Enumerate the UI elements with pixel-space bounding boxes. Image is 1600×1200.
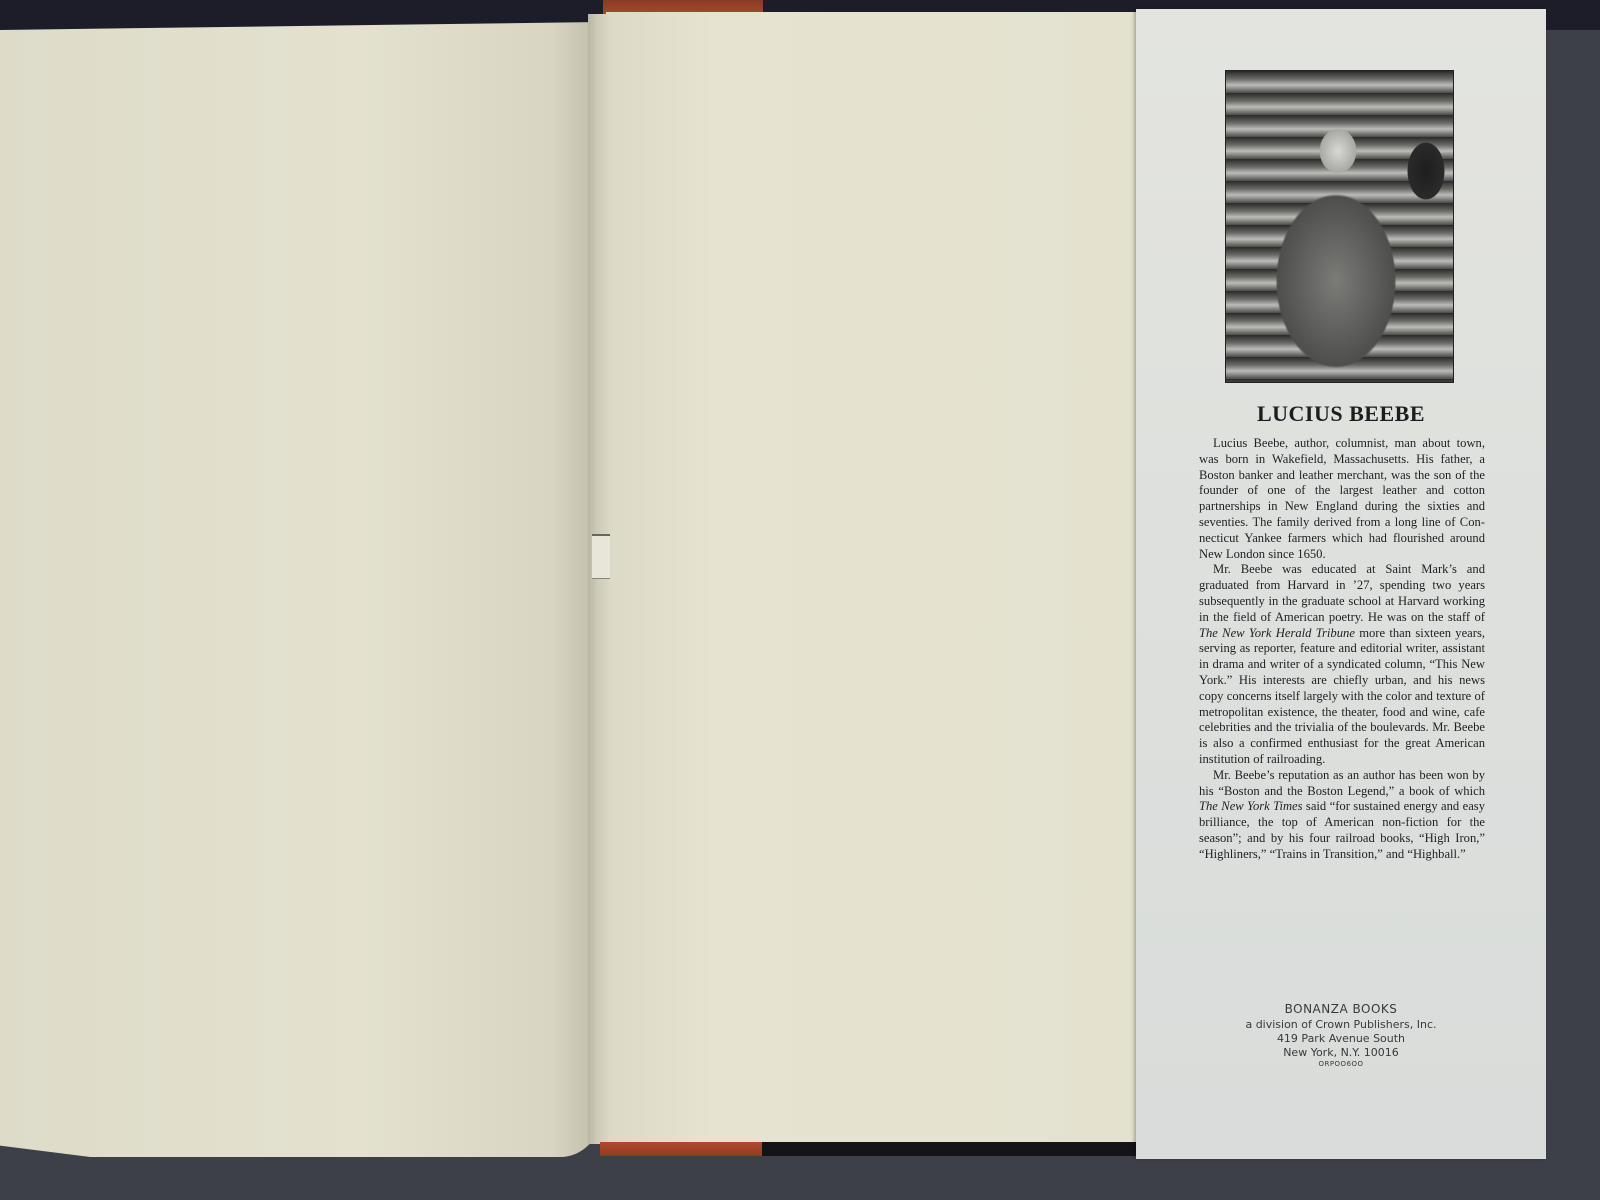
bio-text: more than sixteen years, serving as repo… <box>1199 626 1485 766</box>
author-photo <box>1225 70 1454 383</box>
bio-paragraph: Lucius Beebe, author, columnist, man abo… <box>1199 436 1485 562</box>
author-biography: Lucius Beebe, author, columnist, man abo… <box>1199 436 1485 863</box>
bio-paragraph: Mr. Beebe was educated at Saint Mark’s a… <box>1199 562 1485 767</box>
publisher-name: BONANZA BOOKS <box>1136 1001 1546 1018</box>
bio-paragraph: Mr. Beebe’s reputation as an author has … <box>1199 768 1485 863</box>
bio-text: Mr. Beebe was educated at Saint Mark’s a… <box>1199 562 1485 623</box>
bio-italic-title: The New York Times <box>1199 799 1303 813</box>
spine-tab <box>592 534 610 579</box>
bio-text: Lucius Beebe, author, columnist, man abo… <box>1199 436 1485 561</box>
dust-jacket-flap: LUCIUS BEEBE Lucius Beebe, author, colum… <box>1136 9 1546 1159</box>
publisher-division: a division of Crown Publishers, Inc. <box>1136 1018 1546 1032</box>
book-cloth-bottom-dark <box>762 1142 1140 1156</box>
left-endpaper <box>0 22 600 1157</box>
bio-text: Mr. Beebe’s reputation as an author has … <box>1199 768 1485 798</box>
publisher-block: BONANZA BOOKS a division of Crown Publis… <box>1136 1001 1546 1069</box>
book-cloth-bottom-red <box>600 1142 762 1156</box>
bio-italic-title: The New York Herald Tribune <box>1199 626 1355 640</box>
right-endpaper <box>606 12 1140 1144</box>
publisher-code: ORPOO6OO <box>1136 1060 1546 1069</box>
book-gutter <box>588 14 608 1144</box>
author-name-title: LUCIUS BEEBE <box>1136 401 1546 427</box>
publisher-address: 419 Park Avenue South <box>1136 1032 1546 1046</box>
publisher-city: New York, N.Y. 10016 <box>1136 1046 1546 1060</box>
